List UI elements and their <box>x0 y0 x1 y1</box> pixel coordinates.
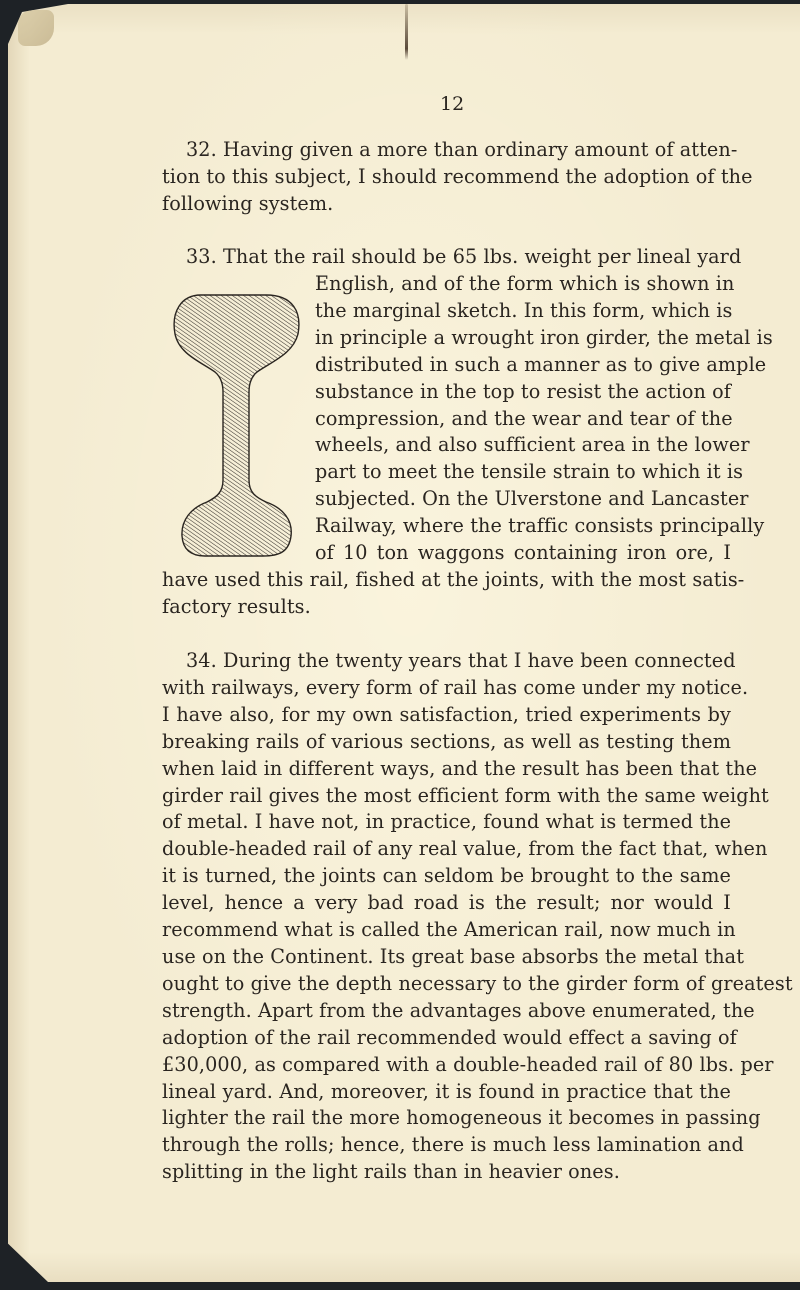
text-line: 33. That the rail should be 65 lbs. weig… <box>162 244 731 271</box>
text-line: factory results. <box>162 594 731 621</box>
text-line: the marginal sketch. In this form, which… <box>315 298 731 325</box>
text-line: part to meet the tensile strain to which… <box>315 459 731 486</box>
text-line: girder rail gives the most efficient for… <box>162 783 731 810</box>
text-line: distributed in such a manner as to give … <box>315 352 731 379</box>
text-line: splitting in the light rails than in hea… <box>162 1159 731 1186</box>
text-line: subjected. On the Ulverstone and Lancast… <box>315 486 731 513</box>
text-line: adoption of the rail recommended would e… <box>162 1025 731 1052</box>
text-line: it is turned, the joints can seldom be b… <box>162 863 731 890</box>
paragraph-32: 32. Having given a more than ordinary am… <box>162 137 731 218</box>
folded-corner <box>18 10 54 46</box>
text-line: substance in the top to resist the actio… <box>315 379 731 406</box>
text-line: tion to this subject, I should recommend… <box>162 164 731 191</box>
text-line: following system. <box>162 191 731 218</box>
paragraph-33-wrapped: English, and of the form which is shown … <box>315 271 731 567</box>
book-page: 12 32. Having given a more than ordinary… <box>8 4 800 1282</box>
text-line: double-headed rail of any real value, fr… <box>162 836 731 863</box>
text-line: in principle a wrought iron girder, the … <box>315 325 731 352</box>
text-line: strength. Apart from the advantages abov… <box>162 998 731 1025</box>
text-line: lighter the rail the more homogeneous it… <box>162 1105 731 1132</box>
text-line: I have also, for my own satisfaction, tr… <box>162 702 731 729</box>
text-line: ought to give the depth necessary to the… <box>162 971 731 998</box>
text-line: wheels, and also sufficient area in the … <box>315 432 731 459</box>
paragraph-34: 34. During the twenty years that I have … <box>162 648 731 1186</box>
text-line: recommend what is called the American ra… <box>162 917 731 944</box>
text-line: use on the Continent. Its great base abs… <box>162 944 731 971</box>
page-crease <box>405 4 408 60</box>
text-line: 34. During the twenty years that I have … <box>162 648 731 675</box>
page-number: 12 <box>440 93 464 115</box>
paragraph-33-continued: have used this rail, fished at the joint… <box>162 567 731 621</box>
text-line: through the rolls; hence, there is much … <box>162 1132 731 1159</box>
text-line: when laid in different ways, and the res… <box>162 756 731 783</box>
text-line: have used this rail, fished at the joint… <box>162 567 731 594</box>
text-line: of metal. I have not, in practice, found… <box>162 809 731 836</box>
text-line: 32. Having given a more than ordinary am… <box>162 137 731 164</box>
text-line: compression, and the wear and tear of th… <box>315 406 731 433</box>
text-line: £30,000, as compared with a double-heade… <box>162 1052 731 1079</box>
text-line: with railways, every form of rail has co… <box>162 675 731 702</box>
paragraph-33: 33. That the rail should be 65 lbs. weig… <box>162 244 731 271</box>
text-line: of 10 ton waggons containing iron ore, I <box>315 540 731 567</box>
rail-section-outline <box>174 295 299 556</box>
text-line: lineal yard. And, moreover, it is found … <box>162 1079 731 1106</box>
text-line: Railway, where the traffic consists prin… <box>315 513 731 540</box>
text-line: level, hence a very bad road is the resu… <box>162 890 731 917</box>
text-line: breaking rails of various sections, as w… <box>162 729 731 756</box>
rail-cross-section-figure <box>171 292 306 562</box>
text-line: English, and of the form which is shown … <box>315 271 731 298</box>
